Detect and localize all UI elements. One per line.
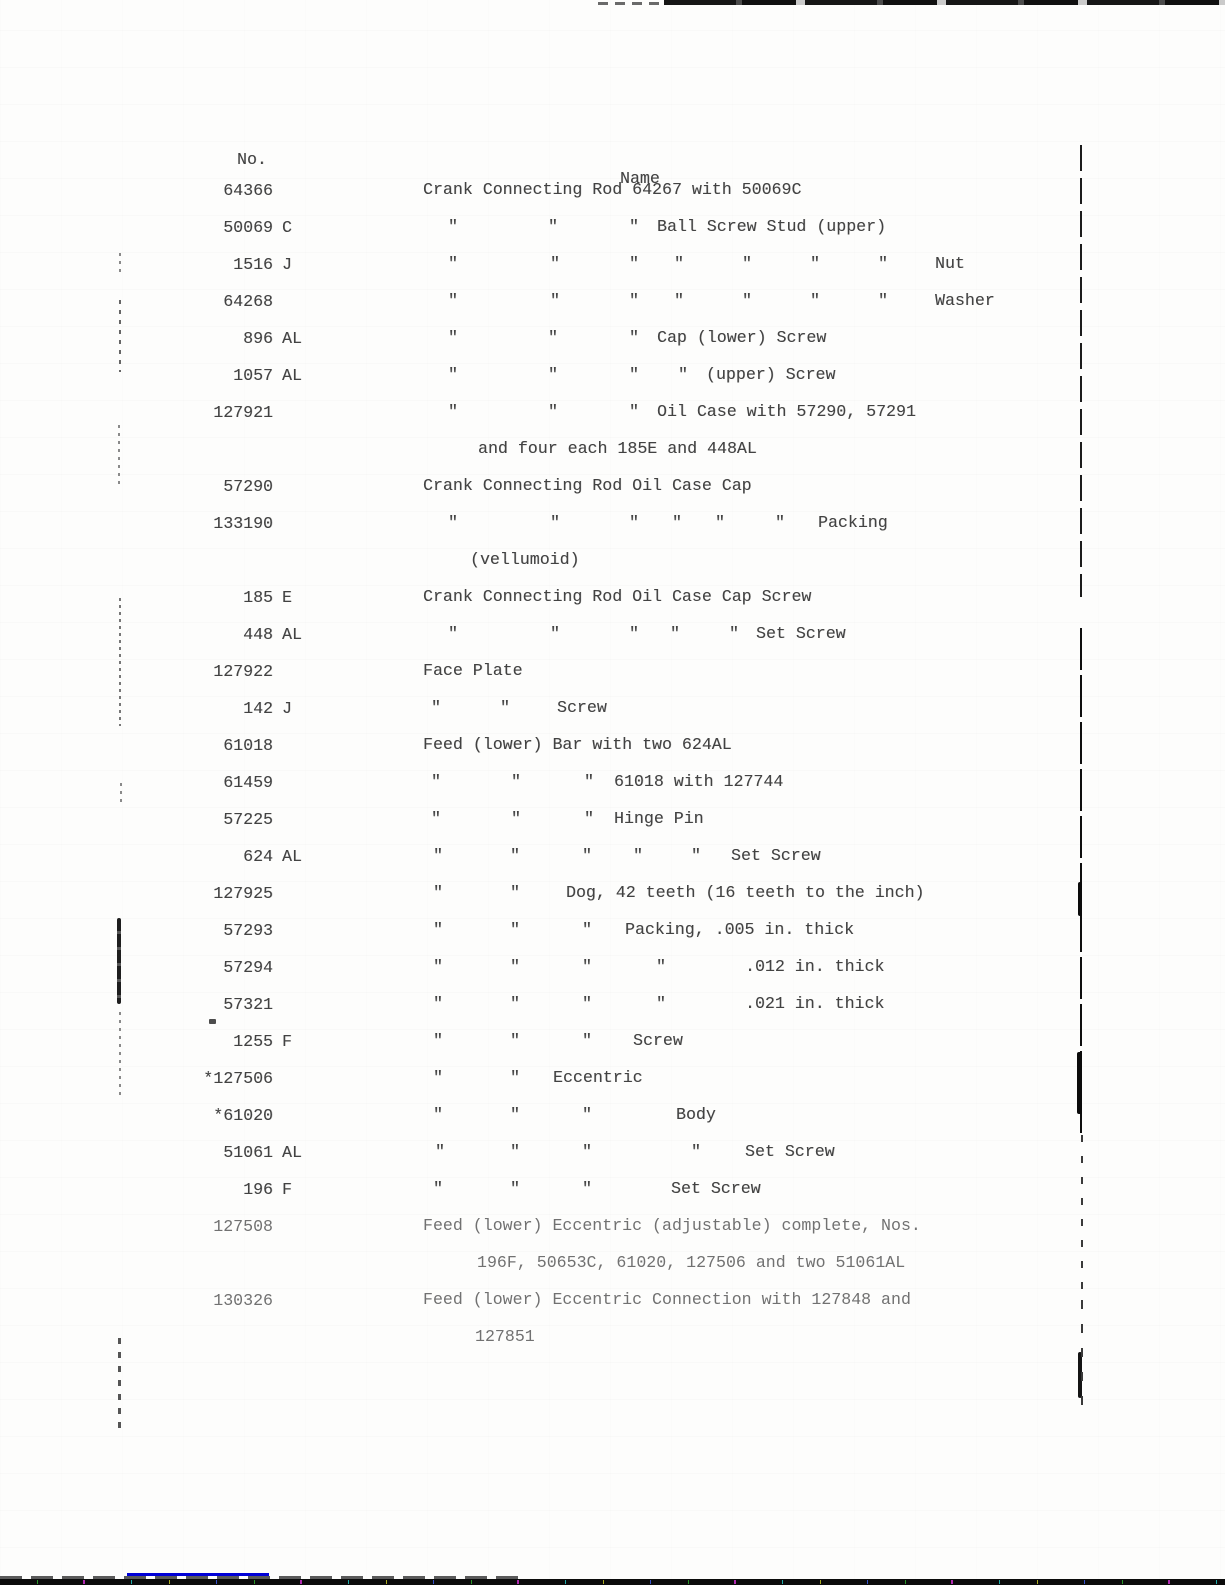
table-row: 196F, 50653C, 61020, 127506 and two 5106… [0, 1245, 1225, 1282]
part-name-segment: .012 in. thick [745, 957, 884, 976]
table-row: 57321"""".021 in. thick [0, 986, 1225, 1023]
part-name-segment: Crank Connecting Rod 64267 with 50069C [423, 180, 801, 199]
ditto-mark: " [511, 809, 521, 828]
ditto-mark: " [810, 254, 820, 273]
part-name-segment: (vellumoid) [470, 550, 580, 569]
ditto-mark: " [582, 1179, 592, 1198]
ditto-mark: " [629, 217, 639, 236]
part-number-suffix [282, 727, 322, 764]
part-name-cell: """".021 in. thick [423, 986, 1225, 1023]
part-name-segment: .021 in. thick [745, 994, 884, 1013]
part-number: 61459 [195, 764, 273, 801]
part-number: 57290 [195, 468, 273, 505]
part-number-suffix: AL [282, 320, 322, 357]
part-name-cell: 196F, 50653C, 61020, 127506 and two 5106… [423, 1245, 1225, 1282]
ditto-mark: " [670, 624, 680, 643]
part-number: 57294 [195, 949, 273, 986]
ditto-mark: " [448, 513, 458, 532]
table-row: 127508Feed (lower) Eccentric (adjustable… [0, 1208, 1225, 1245]
table-row: 57293"""Packing, .005 in. thick [0, 912, 1225, 949]
part-number [195, 1319, 273, 1356]
part-name-segment: Set Screw [745, 1142, 835, 1161]
table-row: 57294"""".012 in. thick [0, 949, 1225, 986]
table-row: and four each 185E and 448AL [0, 431, 1225, 468]
ditto-mark: " [672, 513, 682, 532]
ditto-mark: " [629, 254, 639, 273]
part-number-suffix [282, 172, 322, 209]
ditto-mark: " [742, 254, 752, 273]
part-name-segment: (upper) Screw [706, 365, 835, 384]
ditto-mark: " [629, 402, 639, 421]
ditto-mark: " [742, 291, 752, 310]
ditto-mark: " [433, 846, 443, 865]
part-number: 51061 [195, 1134, 273, 1171]
ditto-mark: " [448, 291, 458, 310]
part-number-suffix: AL [282, 838, 322, 875]
ditto-mark: " [433, 883, 443, 902]
part-number: 61018 [195, 727, 273, 764]
ditto-mark: " [510, 1031, 520, 1050]
column-header-no: No. [237, 150, 267, 169]
ditto-mark: " [582, 846, 592, 865]
part-number-suffix: AL [282, 616, 322, 653]
scan-artifact-right-line-lower [1081, 1135, 1083, 1300]
ditto-mark: " [510, 1105, 520, 1124]
ditto-mark: " [550, 254, 560, 273]
ditto-mark: " [448, 217, 458, 236]
part-name-segment: Set Screw [671, 1179, 761, 1198]
part-name-segment: Screw [557, 698, 607, 717]
ditto-mark: " [674, 291, 684, 310]
ditto-mark: " [878, 254, 888, 273]
ditto-mark: " [674, 254, 684, 273]
part-number-suffix [282, 949, 322, 986]
part-number: 142 [195, 690, 273, 727]
ditto-mark: " [448, 328, 458, 347]
ditto-mark: " [431, 809, 441, 828]
ditto-mark: " [691, 1142, 701, 1161]
part-number: 127921 [195, 394, 273, 431]
parts-rows: 64366Crank Connecting Rod 64267 with 500… [0, 172, 1225, 1356]
part-number: 1255 [195, 1023, 273, 1060]
ditto-mark: " [548, 217, 558, 236]
part-number-suffix [282, 1208, 322, 1245]
part-name-segment: Crank Connecting Rod Oil Case Cap [423, 476, 752, 495]
part-name-segment: Dog, 42 teeth (16 teeth to the inch) [566, 883, 924, 902]
part-name-cell: and four each 185E and 448AL [423, 431, 1225, 468]
part-number [195, 431, 273, 468]
table-row: 127925""Dog, 42 teeth (16 teeth to the i… [0, 875, 1225, 912]
ditto-mark: " [582, 920, 592, 939]
table-row: 196F"""Set Screw [0, 1171, 1225, 1208]
ditto-mark: " [715, 513, 725, 532]
part-name-cell: Crank Connecting Rod Oil Case Cap Screw [423, 579, 1225, 616]
ditto-mark: " [582, 1105, 592, 1124]
part-name-segment: Set Screw [756, 624, 846, 643]
scan-artifact-top-edge-gray [598, 2, 664, 5]
part-number-suffix [282, 1245, 322, 1282]
part-number-suffix [282, 875, 322, 912]
ditto-mark: " [510, 846, 520, 865]
part-number-suffix: J [282, 246, 322, 283]
table-row: 448AL"""""Set Screw [0, 616, 1225, 653]
scan-artifact-noise-speck [209, 1019, 216, 1024]
part-name-segment: Packing, .005 in. thick [625, 920, 854, 939]
table-row: 57225"""Hinge Pin [0, 801, 1225, 838]
part-number-suffix [282, 468, 322, 505]
table-row: 624AL"""""Set Screw [0, 838, 1225, 875]
part-name-segment: Face Plate [423, 661, 523, 680]
part-number-suffix [282, 1097, 322, 1134]
part-number-suffix: C [282, 209, 322, 246]
part-number-suffix [282, 1282, 322, 1319]
part-number: 57225 [195, 801, 273, 838]
scanned-parts-list-page: No. Name 64366Crank Connecting Rod 64267… [0, 0, 1225, 1585]
ditto-mark: " [629, 328, 639, 347]
table-row: 142J""Screw [0, 690, 1225, 727]
part-name-segment: Body [676, 1105, 716, 1124]
part-name-cell: 127851 [423, 1319, 1225, 1356]
table-row: 1057AL""""(upper) Screw [0, 357, 1225, 394]
part-number [195, 542, 273, 579]
part-name-cell: """Hinge Pin [423, 801, 1225, 838]
scan-artifact-left-mark [119, 1012, 121, 1100]
ditto-mark: " [691, 846, 701, 865]
part-name-cell: Face Plate [423, 653, 1225, 690]
table-row: 1516J"""""""Nut [0, 246, 1225, 283]
scan-artifact-right-line-bottom [1081, 1300, 1083, 1420]
table-row: 185ECrank Connecting Rod Oil Case Cap Sc… [0, 579, 1225, 616]
ditto-mark: " [448, 402, 458, 421]
part-number-suffix [282, 283, 322, 320]
part-name-cell: """"""Packing [423, 505, 1225, 542]
ditto-mark: " [656, 957, 666, 976]
part-name-segment: Screw [633, 1031, 683, 1050]
ditto-mark: " [433, 1179, 443, 1198]
part-name-segment: Cap (lower) Screw [657, 328, 826, 347]
part-name-cell: """Ball Screw Stud (upper) [423, 209, 1225, 246]
part-name-cell: """""""Nut [423, 246, 1225, 283]
part-name-cell: ""Eccentric [423, 1060, 1225, 1097]
ditto-mark: " [633, 846, 643, 865]
ditto-mark: " [548, 402, 558, 421]
ditto-mark: " [433, 957, 443, 976]
part-number: 127922 [195, 653, 273, 690]
scan-artifact-left-blotch [117, 918, 121, 1004]
part-number: 50069 [195, 209, 273, 246]
ditto-mark: " [629, 365, 639, 384]
ditto-mark: " [582, 1031, 592, 1050]
ditto-mark: " [550, 291, 560, 310]
scan-artifact-right-line-upper [1080, 145, 1082, 597]
part-name-cell: """Cap (lower) Screw [423, 320, 1225, 357]
ditto-mark: " [584, 772, 594, 791]
ditto-mark: " [729, 624, 739, 643]
ditto-mark: " [582, 957, 592, 976]
part-name-cell: ""Dog, 42 teeth (16 teeth to the inch) [423, 875, 1225, 912]
part-name-cell: """Set Screw [423, 1171, 1225, 1208]
table-row: *127506""Eccentric [0, 1060, 1225, 1097]
scan-artifact-left-mark [118, 1338, 121, 1434]
part-name-segment: Feed (lower) Eccentric Connection with 1… [423, 1290, 911, 1309]
part-number-suffix [282, 542, 322, 579]
ditto-mark: " [582, 1142, 592, 1161]
part-number-suffix: J [282, 690, 322, 727]
table-row: 127922Face Plate [0, 653, 1225, 690]
ditto-mark: " [500, 698, 510, 717]
part-name-cell: """Screw [423, 1023, 1225, 1060]
table-row: 130326Feed (lower) Eccentric Connection … [0, 1282, 1225, 1319]
part-number: 130326 [195, 1282, 273, 1319]
ditto-mark: " [550, 513, 560, 532]
part-number-suffix [282, 431, 322, 468]
part-number-suffix: F [282, 1171, 322, 1208]
ditto-mark: " [678, 365, 688, 384]
table-row: 64366Crank Connecting Rod 64267 with 500… [0, 172, 1225, 209]
part-number-suffix [282, 1319, 322, 1356]
part-name-cell: Crank Connecting Rod Oil Case Cap [423, 468, 1225, 505]
part-number-suffix [282, 653, 322, 690]
table-row: (vellumoid) [0, 542, 1225, 579]
scan-artifact-bottom-noise [0, 1580, 1225, 1584]
scan-artifact-top-edge-black [664, 0, 1225, 5]
part-name-cell: """""Set Screw [423, 838, 1225, 875]
ditto-mark: " [433, 920, 443, 939]
part-name-segment: and four each 185E and 448AL [478, 439, 757, 458]
ditto-mark: " [433, 994, 443, 1013]
part-number: 57321 [195, 986, 273, 1023]
part-number-suffix [282, 394, 322, 431]
ditto-mark: " [448, 624, 458, 643]
part-number: *61020 [195, 1097, 273, 1134]
part-number [195, 1245, 273, 1282]
part-name-cell: (vellumoid) [423, 542, 1225, 579]
ditto-mark: " [548, 328, 558, 347]
part-name-segment: Feed (lower) Bar with two 624AL [423, 735, 732, 754]
part-name-cell: """Body [423, 1097, 1225, 1134]
part-number-suffix [282, 912, 322, 949]
part-number: 64268 [195, 283, 273, 320]
ditto-mark: " [510, 1179, 520, 1198]
table-row: 127851 [0, 1319, 1225, 1356]
ditto-mark: " [629, 624, 639, 643]
part-number: 1516 [195, 246, 273, 283]
part-number-suffix [282, 505, 322, 542]
part-number: 127508 [195, 1208, 273, 1245]
part-name-cell: """".012 in. thick [423, 949, 1225, 986]
ditto-mark: " [548, 365, 558, 384]
part-name-cell: """""""Washer [423, 283, 1225, 320]
part-name-segment: Hinge Pin [614, 809, 704, 828]
scan-artifact-left-mark [119, 253, 121, 277]
part-name-segment: Crank Connecting Rod Oil Case Cap Screw [423, 587, 811, 606]
part-number: 185 [195, 579, 273, 616]
table-row: 61459"""61018 with 127744 [0, 764, 1225, 801]
part-number-suffix: AL [282, 357, 322, 394]
part-number-suffix [282, 801, 322, 838]
table-row: 1255F"""Screw [0, 1023, 1225, 1060]
part-number: *127506 [195, 1060, 273, 1097]
scan-artifact-left-mark [118, 425, 120, 487]
ditto-mark: " [510, 920, 520, 939]
scan-artifact-right-line-blob [1078, 882, 1082, 916]
table-row: 64268"""""""Washer [0, 283, 1225, 320]
part-name-segment: Nut [935, 254, 965, 273]
part-number-suffix: AL [282, 1134, 322, 1171]
part-name-segment: 127851 [475, 1327, 535, 1346]
part-name-cell: """"(upper) Screw [423, 357, 1225, 394]
part-name-cell: """""Set Screw [423, 616, 1225, 653]
part-number: 196 [195, 1171, 273, 1208]
part-number: 133190 [195, 505, 273, 542]
ditto-mark: " [510, 883, 520, 902]
ditto-mark: " [550, 624, 560, 643]
table-row: 896AL"""Cap (lower) Screw [0, 320, 1225, 357]
table-row: 57290Crank Connecting Rod Oil Case Cap [0, 468, 1225, 505]
part-number: 57293 [195, 912, 273, 949]
part-number: 64366 [195, 172, 273, 209]
table-row: 51061AL""""Set Screw [0, 1134, 1225, 1171]
part-name-segment: Eccentric [553, 1068, 643, 1087]
part-number-suffix [282, 764, 322, 801]
ditto-mark: " [433, 1105, 443, 1124]
part-number-suffix [282, 1060, 322, 1097]
part-name-cell: Feed (lower) Eccentric Connection with 1… [423, 1282, 1225, 1319]
ditto-mark: " [431, 772, 441, 791]
part-name-cell: """61018 with 127744 [423, 764, 1225, 801]
scan-artifact-right-line-blob [1077, 1052, 1082, 1114]
part-name-segment: Ball Screw Stud (upper) [657, 217, 886, 236]
table-row: *61020"""Body [0, 1097, 1225, 1134]
ditto-mark: " [510, 1142, 520, 1161]
part-number: 1057 [195, 357, 273, 394]
part-number-suffix: E [282, 579, 322, 616]
ditto-mark: " [584, 809, 594, 828]
ditto-mark: " [629, 513, 639, 532]
part-name-cell: """Oil Case with 57290, 57291 [423, 394, 1225, 431]
ditto-mark: " [433, 1031, 443, 1050]
table-header: No. Name [0, 131, 1225, 155]
part-name-segment: Packing [818, 513, 888, 532]
ditto-mark: " [629, 291, 639, 310]
ditto-mark: " [656, 994, 666, 1013]
scan-artifact-left-mark [119, 598, 121, 726]
part-name-segment: 196F, 50653C, 61020, 127506 and two 5106… [477, 1253, 905, 1272]
ditto-mark: " [810, 291, 820, 310]
part-number: 448 [195, 616, 273, 653]
ditto-mark: " [448, 254, 458, 273]
table-row: 50069C"""Ball Screw Stud (upper) [0, 209, 1225, 246]
part-number-suffix: F [282, 1023, 322, 1060]
part-name-cell: ""Screw [423, 690, 1225, 727]
part-number: 896 [195, 320, 273, 357]
part-name-cell: Crank Connecting Rod 64267 with 50069C [423, 172, 1225, 209]
table-row: 133190""""""Packing [0, 505, 1225, 542]
part-name-segment: Feed (lower) Eccentric (adjustable) comp… [423, 1216, 921, 1235]
ditto-mark: " [878, 291, 888, 310]
table-row: 127921"""Oil Case with 57290, 57291 [0, 394, 1225, 431]
ditto-mark: " [582, 994, 592, 1013]
part-number: 624 [195, 838, 273, 875]
part-name-cell: """Packing, .005 in. thick [423, 912, 1225, 949]
ditto-mark: " [448, 365, 458, 384]
ditto-mark: " [510, 1068, 520, 1087]
scan-artifact-left-mark [119, 300, 121, 372]
part-number: 127925 [195, 875, 273, 912]
part-number-suffix [282, 986, 322, 1023]
part-name-cell: Feed (lower) Eccentric (adjustable) comp… [423, 1208, 1225, 1245]
ditto-mark: " [510, 994, 520, 1013]
ditto-mark: " [511, 772, 521, 791]
part-name-segment: Washer [935, 291, 995, 310]
table-row: 61018Feed (lower) Bar with two 624AL [0, 727, 1225, 764]
part-name-segment: Set Screw [731, 846, 821, 865]
part-name-cell: Feed (lower) Bar with two 624AL [423, 727, 1225, 764]
ditto-mark: " [435, 1142, 445, 1161]
ditto-mark: " [433, 1068, 443, 1087]
ditto-mark: " [431, 698, 441, 717]
ditto-mark: " [775, 513, 785, 532]
part-name-cell: """"Set Screw [423, 1134, 1225, 1171]
scan-artifact-blue-underline [127, 1573, 269, 1576]
ditto-mark: " [510, 957, 520, 976]
part-name-segment: 61018 with 127744 [614, 772, 783, 791]
scan-artifact-left-mark [120, 783, 122, 805]
part-name-segment: Oil Case with 57290, 57291 [657, 402, 916, 421]
